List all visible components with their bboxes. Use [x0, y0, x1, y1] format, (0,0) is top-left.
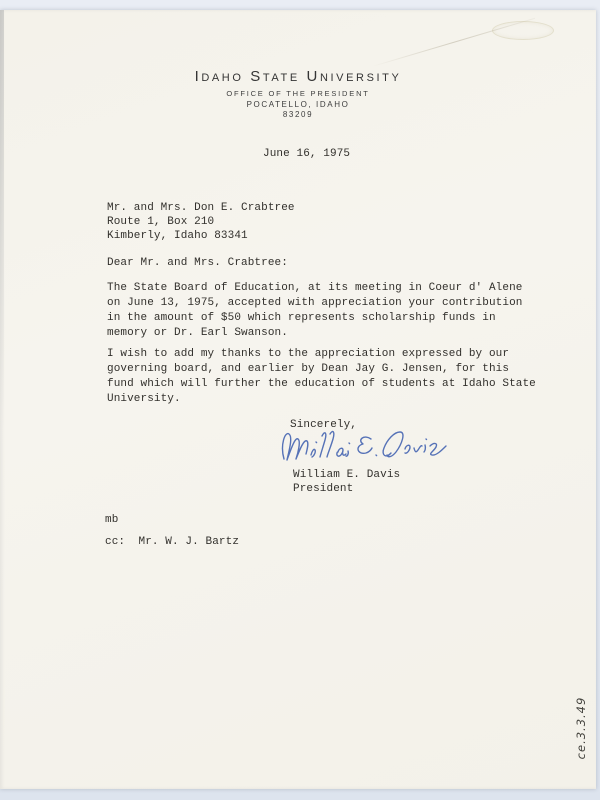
cc-line: cc: Mr. W. J. Bartz	[105, 535, 239, 550]
recipient-address: Mr. and Mrs. Don E. Crabtree Route 1, Bo…	[107, 201, 295, 243]
handwritten-signature	[278, 426, 448, 472]
letterhead-zip: 83209	[0, 110, 596, 119]
typist-initials: mb	[105, 513, 118, 528]
letter-date: June 16, 1975	[263, 147, 350, 162]
signature-typed-name: William E. Davis	[293, 468, 400, 483]
letterhead-office: Office of the President	[0, 89, 596, 98]
scanned-letter-page: { "document": { "letterhead": { "institu…	[0, 0, 600, 800]
body-paragraph-2: I wish to add my thanks to the appreciat…	[107, 347, 536, 407]
archival-number-handwritten: ce.3.3.49	[574, 686, 590, 770]
letter-paper: Idaho State University Office of the Pre…	[0, 10, 596, 789]
salutation: Dear Mr. and Mrs. Crabtree:	[107, 256, 288, 271]
faint-stamp-mark	[492, 21, 554, 40]
signature-title: President	[293, 482, 353, 497]
letterhead-institution: Idaho State University	[0, 68, 596, 85]
body-paragraph-1: The State Board of Education, at its mee…	[107, 281, 522, 341]
letterhead-city: Pocatello, Idaho	[0, 100, 596, 109]
